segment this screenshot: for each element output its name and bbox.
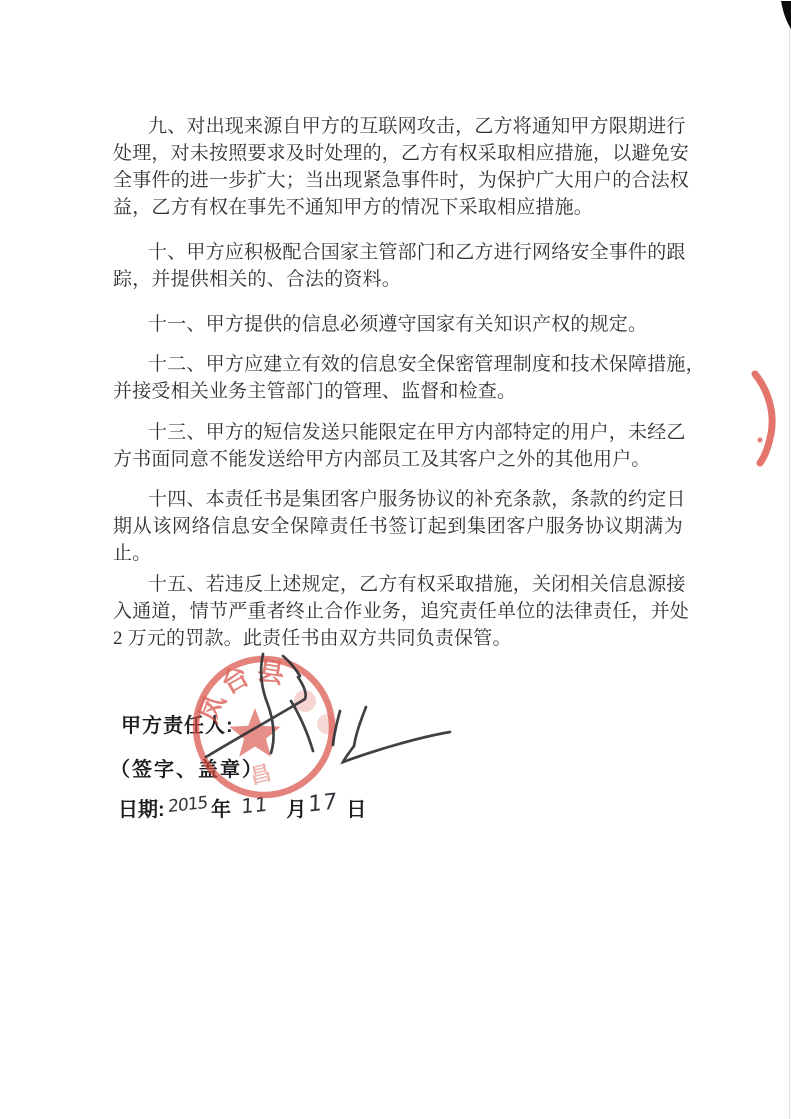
handwritten-signature <box>206 654 450 762</box>
paragraph-line: 入通道，情节严重者终止合作业务，追究责任单位的法律责任，并处 <box>113 598 683 625</box>
scan-corner-artifact <box>781 1 791 1119</box>
paragraph-9: 九、对出现来源自甲方的互联网攻击，乙方将通知甲方限期进行 处理，对未按照要求及时… <box>113 113 683 221</box>
paragraph-13: 十三、甲方的短信发送只能限定在甲方内部特定的用户，未经乙 方书面同意不能发送给甲… <box>113 419 683 473</box>
party-a-responsible-label: 甲方责任人: <box>121 709 234 738</box>
paragraph-line: 处理，对未按照要求及时处理的，乙方有权采取相应措施，以避免安 <box>113 140 683 167</box>
paragraph-line: 踪，并提供相关的、合法的资料。 <box>113 266 683 293</box>
paragraph-line: 十二、甲方应建立有效的信息安全保密管理制度和技术保障措施， <box>113 351 683 378</box>
star-icon <box>229 708 280 757</box>
red-arc-mark <box>755 374 772 463</box>
paragraph-line: 九、对出现来源自甲方的互联网攻击，乙方将通知甲方限期进行 <box>113 113 683 140</box>
paragraph-line: 十五、若违反上述规定，乙方有权采取措施，关闭相关信息源接 <box>113 571 683 598</box>
paragraph-line: 十一、甲方提供的信息必须遵守国家有关知识产权的规定。 <box>113 311 683 338</box>
date-label: 日期: <box>118 793 165 822</box>
paragraph-line: 并接受相关业务主管部门的管理、监督和检查。 <box>113 378 683 405</box>
day-unit: 日 <box>346 793 366 822</box>
page-edge-line <box>789 28 790 1119</box>
red-speck <box>757 437 762 442</box>
seal-smudge <box>317 714 337 734</box>
sign-and-seal-note: （签字、盖章） <box>110 753 264 782</box>
paragraph-15: 十五、若违反上述规定，乙方有权采取措施，关闭相关信息源接 入通道，情节严重者终止… <box>113 571 683 652</box>
seal-smudge <box>294 690 316 712</box>
paragraph-line: 全事件的进一步扩大；当出现紧急事件时，为保护广大用户的合法权 <box>113 167 683 194</box>
paragraph-line: 益，乙方有权在事先不通知甲方的情况下采取相应措施。 <box>113 194 683 221</box>
paragraph-11: 十一、甲方提供的信息必须遵守国家有关知识产权的规定。 <box>113 311 683 338</box>
paragraph-line: 2 万元的罚款。此责任书由双方共同负责保管。 <box>113 625 683 652</box>
paragraph-line: 十三、甲方的短信发送只能限定在甲方内部特定的用户，未经乙 <box>113 419 683 446</box>
date-line: 日期: 2015 年 11 月 17 日 <box>118 793 366 822</box>
paragraph-10: 十、甲方应积极配合国家主管部门和乙方进行网络安全事件的跟 踪，并提供相关的、合法… <box>113 239 683 293</box>
scanned-contract-page: { "colors": { "ink": "#2e2e31", "bold_in… <box>0 0 791 1119</box>
paragraph-line: 期从该网络信息安全保障责任书签订起到集团客户服务协议期满为 <box>113 513 683 540</box>
month-unit: 月 <box>286 793 306 822</box>
paragraph-line: 十、甲方应积极配合国家主管部门和乙方进行网络安全事件的跟 <box>113 239 683 266</box>
handwritten-month: 11 <box>241 791 269 818</box>
year-unit: 年 <box>211 793 231 822</box>
paragraph-12: 十二、甲方应建立有效的信息安全保密管理制度和技术保障措施， 并接受相关业务主管部… <box>113 351 683 405</box>
paragraph-14: 十四、本责任书是集团客户服务协议的补充条款，条款的约定日 期从该网络信息安全保障… <box>113 486 683 567</box>
paragraph-line: 十四、本责任书是集团客户服务协议的补充条款，条款的约定日 <box>113 486 683 513</box>
handwritten-day: 17 <box>308 789 339 817</box>
paragraph-line: 方书面同意不能发送给甲方内部员工及其客户之外的其他用户。 <box>113 446 683 473</box>
paragraph-line: 止。 <box>113 540 683 567</box>
handwritten-year: 2015 <box>167 793 207 817</box>
